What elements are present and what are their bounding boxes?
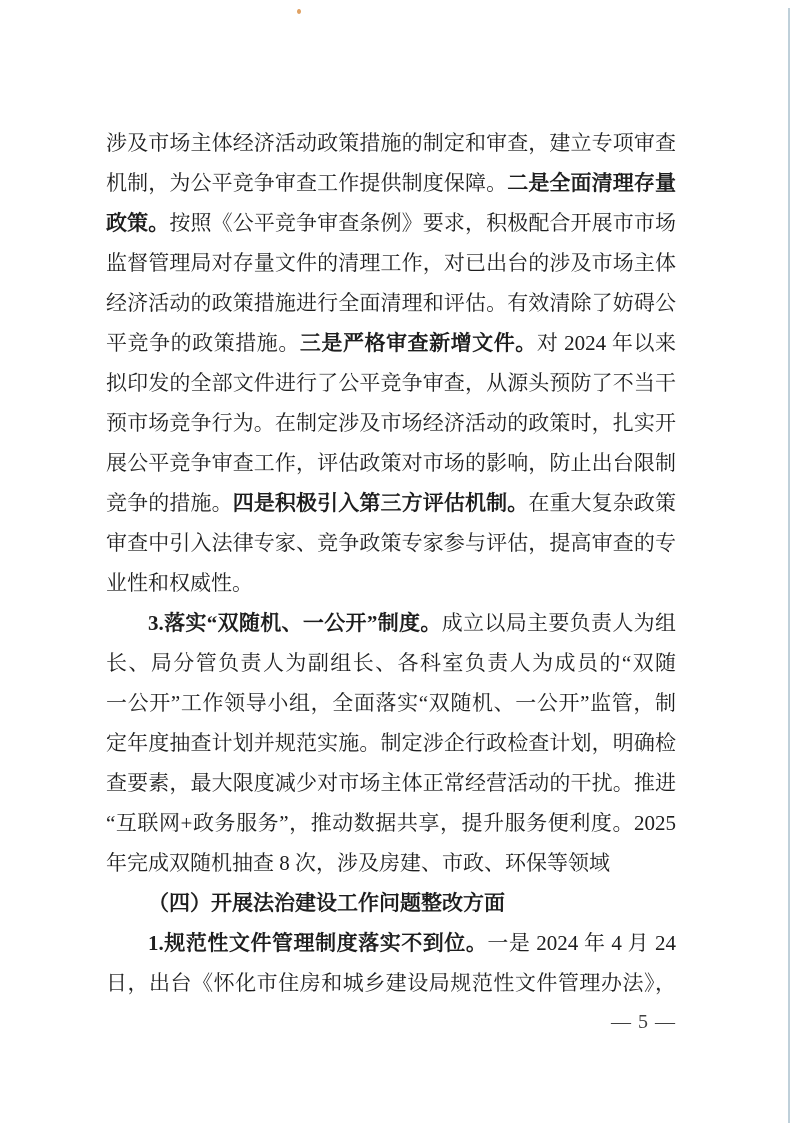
- text-run: 日，出台《怀化市住房和城乡建设局规范性文件管理办法》，: [106, 971, 676, 995]
- text-run: （四）开展法治建设工作问题整改方面: [148, 891, 505, 915]
- page-number: — 5 —: [106, 1007, 676, 1037]
- text-line: 预市场竞争行为。在制定涉及市场经济活动的政策时，扎实开: [106, 403, 676, 443]
- text-line: 1.规范性文件管理制度落实不到位。一是 2024 年 4 月 24: [106, 923, 676, 963]
- text-line: 查要素，最大限度减少对市场主体正常经营活动的干扰。推进: [106, 763, 676, 803]
- text-run: 一是 2024 年 4 月 24: [487, 931, 676, 955]
- document-body: 涉及市场主体经济活动政策措施的制定和审查，建立专项审查机制，为公平竞争审查工作提…: [106, 123, 676, 1003]
- text-run: 对 2024 年以来: [537, 331, 676, 355]
- text-run: 拟印发的全部文件进行了公平竞争审查，从源头预防了不当干: [106, 371, 676, 395]
- text-line: 年完成双随机抽查 8 次，涉及房建、市政、环保等领域: [106, 843, 676, 883]
- text-run: 预市场竞争行为。在制定涉及市场经济活动的政策时，扎实开: [106, 411, 676, 435]
- text-run: 监督管理局对存量文件的清理工作，对已出台的涉及市场主体: [106, 251, 676, 275]
- text-line: 拟印发的全部文件进行了公平竞争审查，从源头预防了不当干: [106, 363, 676, 403]
- text-run: 按照《公平竞争审查条例》要求，积极配合开展市市场: [169, 211, 676, 235]
- text-run: 政策。: [106, 211, 169, 235]
- scan-artifact-speck: [297, 9, 301, 14]
- text-line: 展公平竞争审查工作，评估政策对市场的影响，防止出台限制: [106, 443, 676, 483]
- text-run: 二是全面清理存量: [507, 171, 676, 195]
- text-line: 涉及市场主体经济活动政策措施的制定和审查，建立专项审查: [106, 123, 676, 163]
- text-line: 政策。按照《公平竞争审查条例》要求，积极配合开展市市场: [106, 203, 676, 243]
- text-run: 机制，为公平竞争审查工作提供制度保障。: [106, 171, 507, 195]
- text-run: 1.规范性文件管理制度落实不到位。: [148, 931, 487, 955]
- text-run: 年完成双随机抽查 8 次，涉及房建、市政、环保等领域: [106, 851, 610, 875]
- text-line: 经济活动的政策措施进行全面清理和评估。有效清除了妨碍公: [106, 283, 676, 323]
- text-run: 平竞争的政策措施。: [106, 331, 300, 355]
- text-run: 在重大复杂政策: [528, 491, 676, 515]
- text-line: 机制，为公平竞争审查工作提供制度保障。二是全面清理存量: [106, 163, 676, 203]
- text-run: 竞争的措施。: [106, 491, 233, 515]
- text-line: 平竞争的政策措施。三是严格审查新增文件。对 2024 年以来: [106, 323, 676, 363]
- text-line: 长、局分管负责人为副组长、各科室负责人为成员的“双随机、: [106, 643, 676, 683]
- text-line: 审查中引入法律专家、竞争政策专家参与评估，提高审查的专: [106, 523, 676, 563]
- text-run: 四是积极引入第三方评估机制。: [233, 491, 529, 515]
- text-run: 3.落实“双随机、一公开”制度。: [148, 611, 442, 635]
- text-line: 业性和权威性。: [106, 563, 676, 603]
- text-line: 一公开”工作领导小组，全面落实“双随机、一公开”监管，制: [106, 683, 676, 723]
- text-run: 展公平竞争审查工作，评估政策对市场的影响，防止出台限制: [106, 451, 676, 475]
- text-line: 定年度抽查计划并规范实施。制定涉企行政检查计划，明确检: [106, 723, 676, 763]
- text-run: 一公开”工作领导小组，全面落实“双随机、一公开”监管，制: [106, 691, 676, 715]
- text-line: 竞争的措施。四是积极引入第三方评估机制。在重大复杂政策: [106, 483, 676, 523]
- text-run: 查要素，最大限度减少对市场主体正常经营活动的干扰。推进: [106, 771, 676, 795]
- text-line: 监督管理局对存量文件的清理工作，对已出台的涉及市场主体: [106, 243, 676, 283]
- text-run: 定年度抽查计划并规范实施。制定涉企行政检查计划，明确检: [106, 731, 676, 755]
- text-run: 成立以局主要负责人为组: [442, 611, 676, 635]
- text-line: “互联网+政务服务”，推动数据共享，提升服务便利度。2025: [106, 803, 676, 843]
- scanned-document-page: 涉及市场主体经济活动政策措施的制定和审查，建立专项审查机制，为公平竞争审查工作提…: [0, 0, 793, 1123]
- text-run: “互联网+政务服务”，推动数据共享，提升服务便利度。2025: [106, 811, 676, 835]
- text-run: 审查中引入法律专家、竞争政策专家参与评估，提高审查的专: [106, 531, 676, 555]
- scan-edge-line: [788, 8, 790, 1123]
- text-run: 长、局分管负责人为副组长、各科室负责人为成员的“双随机、: [106, 651, 676, 683]
- text-line: （四）开展法治建设工作问题整改方面: [106, 883, 676, 923]
- text-line: 日，出台《怀化市住房和城乡建设局规范性文件管理办法》，: [106, 963, 676, 1003]
- text-run: 三是严格审查新增文件。: [300, 331, 537, 355]
- text-run: 涉及市场主体经济活动政策措施的制定和审查，建立专项审查: [106, 131, 676, 155]
- text-run: 经济活动的政策措施进行全面清理和评估。有效清除了妨碍公: [106, 291, 676, 315]
- text-run: 业性和权威性。: [106, 571, 253, 595]
- text-line: 3.落实“双随机、一公开”制度。成立以局主要负责人为组: [106, 603, 676, 643]
